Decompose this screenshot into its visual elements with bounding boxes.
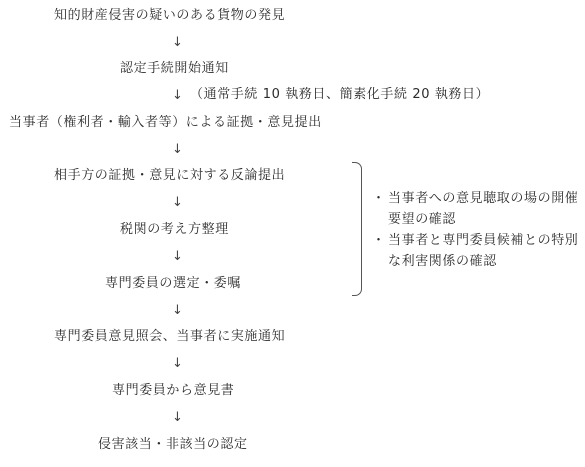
step-expert-opinion: 専門委員から意見書 [112,383,234,399]
side-note-text: 当事者への意見聴取の場の開催要望の確認 [388,191,578,227]
arrow-icon: ↓ [172,303,183,319]
arrow-duration-note: （通常手続 10 執務日、簡素化手続 20 執務日） [190,87,489,103]
side-note-text: 当事者と専門委員候補との特別な利害関係の確認 [388,233,578,269]
arrow-icon: ↓ [172,88,183,104]
side-note-item: ・ 当事者と専門委員候補との特別な利害関係の確認 [372,230,582,272]
step-rebuttal-submission: 相手方の証拠・意見に対する反論提出 [54,168,285,184]
step-customs-view: 税関の考え方整理 [120,222,229,238]
arrow-icon: ↓ [172,195,183,211]
side-note: ・ 当事者への意見聴取の場の開催要望の確認 ・ 当事者と専門委員候補との特別な利… [372,188,582,272]
step-expert-inquiry: 専門委員意見照会、当事者に実施通知 [54,329,285,345]
arrow-icon: ↓ [172,142,183,158]
step-evidence-submission: 当事者（権利者・輸入者等）による証拠・意見提出 [9,115,322,131]
step-discovery: 知的財産侵害の疑いのある貨物の発見 [54,8,285,24]
arrow-icon: ↓ [172,356,183,372]
bullet-icon: ・ [372,188,386,209]
step-final-determination: 侵害該当・非該当の認定 [98,437,248,453]
arrow-icon: ↓ [172,410,183,426]
step-expert-selection: 専門委員の選定・委嘱 [105,276,241,292]
step-procedure-start-notice: 認定手続開始通知 [120,61,229,77]
arrow-icon: ↓ [172,249,183,265]
bullet-icon: ・ [372,230,386,251]
bracket-icon [352,162,362,296]
side-note-item: ・ 当事者への意見聴取の場の開催要望の確認 [372,188,582,230]
arrow-icon: ↓ [172,35,183,51]
